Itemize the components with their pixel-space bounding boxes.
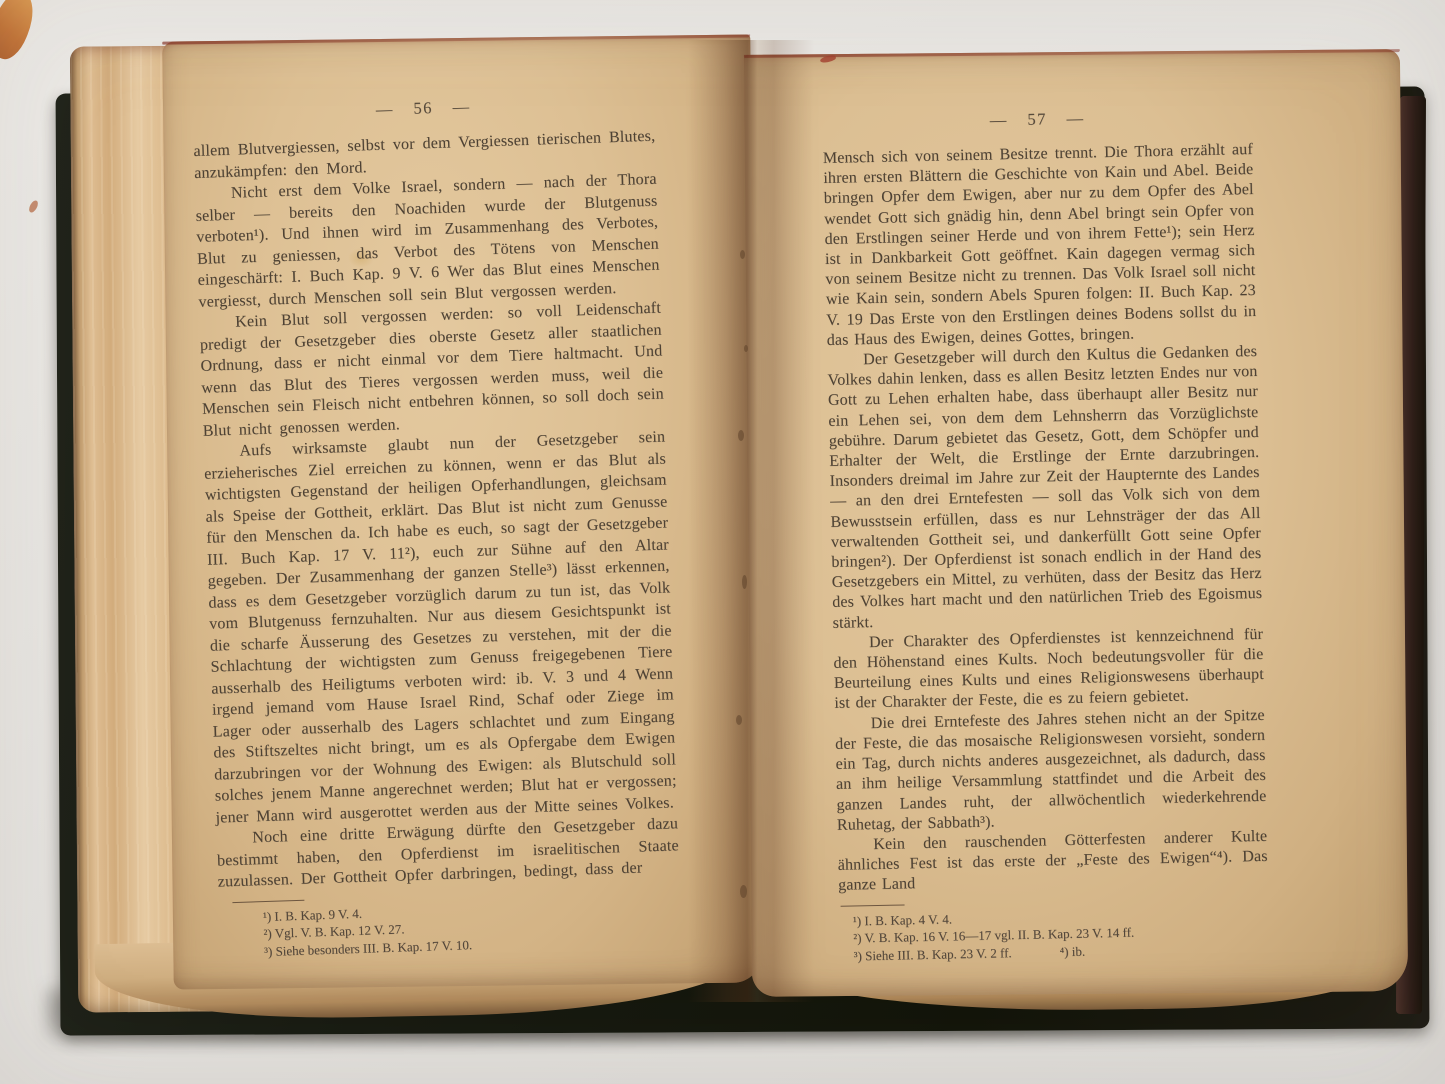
page-top-edge-tint	[744, 49, 1400, 58]
paragraph: Die drei Erntefeste des Jahres stehen ni…	[835, 706, 1267, 836]
paragraph: Aufs wirksamste glaubt nun der Gesetzgeb…	[203, 426, 678, 828]
footnote: ⁴) ib.	[1059, 942, 1085, 960]
page-top-edge-tint	[162, 34, 750, 44]
left-page-text: — 56 — allem Blutvergiessen, selbst vor …	[192, 91, 682, 962]
footnotes: ¹) I. B. Kap. 4 V. 4. ²) V. B. Kap. 16 V…	[839, 903, 1270, 964]
fold-speck	[736, 715, 742, 725]
fold-speck	[740, 885, 747, 898]
fold-speck	[738, 430, 744, 441]
paragraph: Der Charakter des Opferdienstes ist kenn…	[833, 625, 1265, 715]
footnote: ³) Siehe III. B. Kap. 23 V. 2 ff.	[853, 944, 1011, 965]
small-red-mark	[27, 199, 39, 214]
paragraph: Nicht erst dem Volke Israel, sondern — n…	[195, 169, 661, 313]
footnote-rule	[841, 904, 905, 906]
paragraph: Kein Blut soll vergossen werden: so voll…	[199, 298, 665, 442]
orange-stain-mark	[0, 0, 42, 64]
fold-speck	[740, 250, 745, 259]
book-photograph: — 56 — allem Blutvergiessen, selbst vor …	[0, 0, 1445, 1084]
paragraph: Mensch sich von seinem Besitze trennt. D…	[823, 140, 1257, 351]
right-page-text: — 57 — Mensch sich von seinem Besitze tr…	[822, 105, 1270, 965]
fold-speck	[742, 575, 747, 589]
fold-speck	[744, 345, 748, 352]
footnote-rule	[232, 899, 304, 902]
paragraph: Kein den rauschenden Götterfesten andere…	[837, 827, 1268, 897]
paragraph: Der Gesetzgeber will durch den Kultus di…	[827, 342, 1263, 634]
